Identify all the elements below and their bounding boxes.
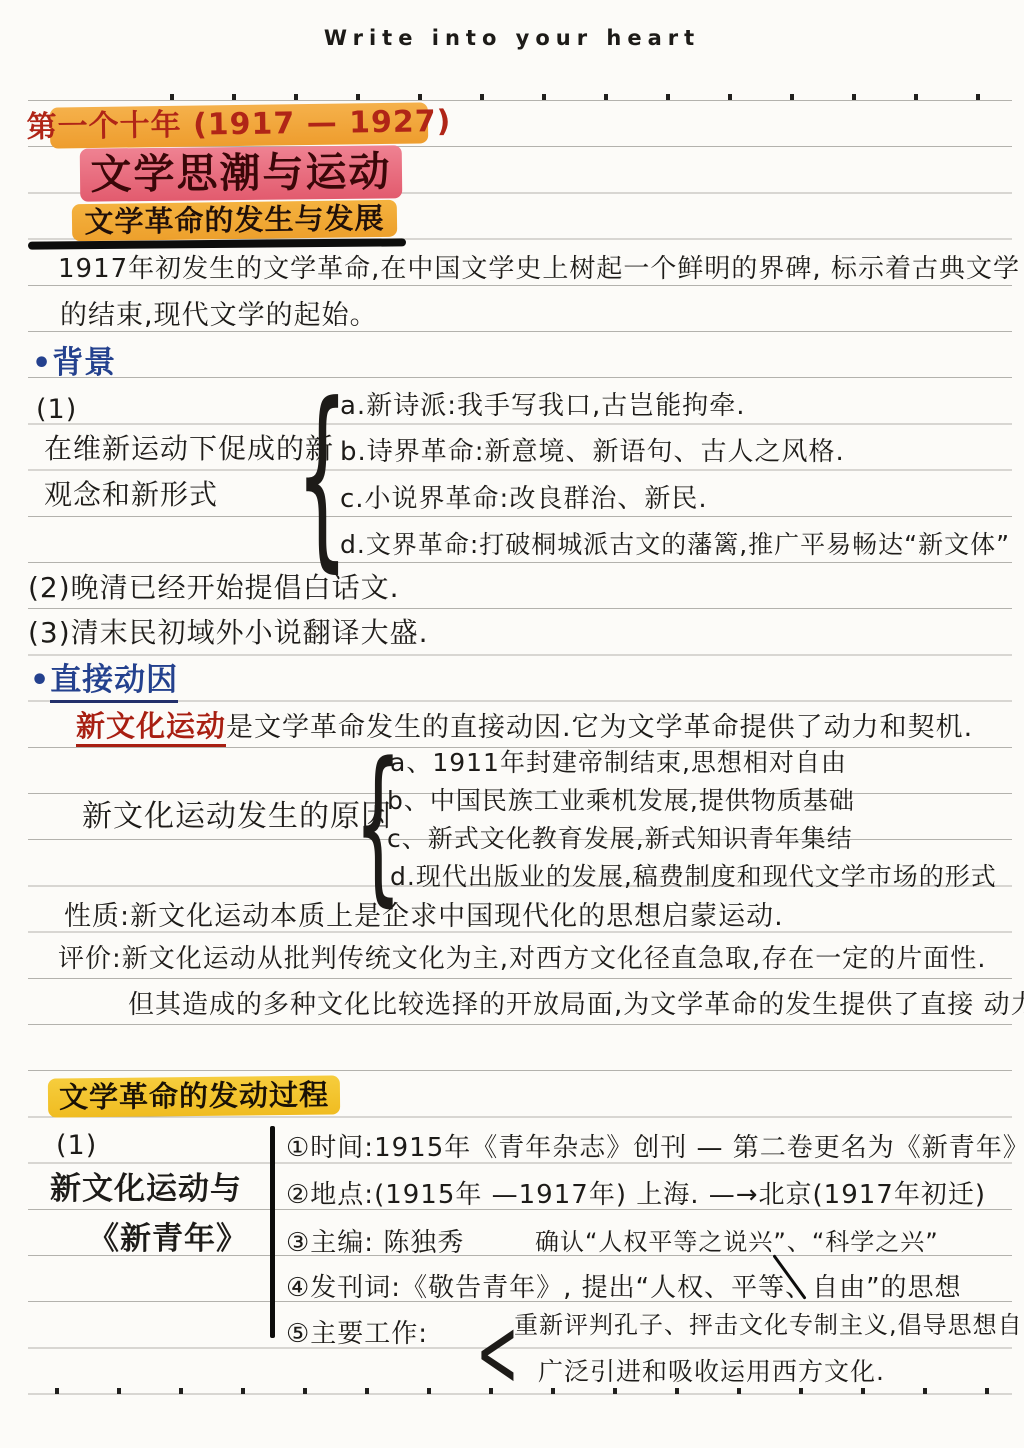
watermark-text: Write into your heart — [324, 26, 700, 50]
reason-item: b、中国民族工业乘机发展,提供物质基础 — [387, 787, 855, 816]
process-point3-note: 确认“人权平等之说兴”、“科学之兴” — [535, 1229, 939, 1257]
process-point: ②地点:(1915年 —1917年) 上海. —→北京(1917年初迁) — [286, 1181, 986, 1211]
process-item1-title: 《新青年》 — [88, 1222, 248, 1258]
bullet-dot-icon: • — [30, 663, 50, 698]
background-heading-row: •背景 — [32, 346, 116, 382]
background-branch-item: b.诗界革命:新意境、新语句、古人之风格. — [340, 438, 845, 468]
process-item1-number: (1) — [56, 1130, 97, 1161]
reason-item: c、新式文化教育发展,新式知识青年集结 — [387, 825, 853, 854]
angle-brace-icon: < — [476, 1306, 519, 1402]
reason-item: a、1911年封建帝制结束,思想相对自由 — [390, 749, 847, 778]
direct-cause-heading-row: •直接动因 — [30, 663, 178, 699]
process-item1-title: 新文化运动与 — [50, 1172, 242, 1208]
process-point5-sub: 广泛引进和吸收运用西方文化. — [538, 1358, 885, 1387]
watermark-header: Write into your heart — [0, 26, 1024, 50]
intro-line: 的结束,现代文学的起始。 — [60, 300, 378, 331]
evaluation-line: 但其造成的多种文化比较选择的开放局面,为文学革命的发生提供了直接 动力 — [128, 991, 1024, 1021]
intro-line: 1917年初发生的文学革命,在中国文学史上树起一个鲜明的界碑, 标示着古典文学 — [58, 255, 1020, 285]
vertical-divider — [270, 1126, 275, 1338]
decade-title-highlight: 第一个十年 (1917 — 1927) — [50, 102, 429, 148]
background-item1-number: (1) — [36, 394, 77, 425]
process-point: ④发刊词:《敬告青年》, 提出“人权、平等、自由”的思想 — [286, 1274, 962, 1304]
background-item2: (2)晚清已经开始提倡白话文. — [28, 572, 400, 604]
notebook-page: Write into your heart 第一个十年 (1917 — 1927… — [0, 0, 1024, 1448]
nature-line: 性质:新文化运动本质上是企求中国现代化的思想启蒙运动. — [64, 901, 784, 932]
process-point: ①时间:1915年《青年杂志》创刊 — 第二卷更名为《新青年》 — [286, 1134, 1024, 1164]
evaluation-line: 评价:新文化运动从批判传统文化为主,对西方文化径直急取,存在一定的片面性. — [58, 945, 987, 975]
direct-cause-lead-rest: 是文学革命发生的直接动因.它为文学革命提供了动力和契机. — [226, 712, 973, 743]
background-item1-text: 观念和新形式 — [44, 479, 218, 511]
background-item1-text: 在维新运动下促成的新 — [44, 433, 334, 465]
background-item3: (3)清末民初域外小说翻译大盛. — [28, 617, 429, 649]
bullet-dot-icon: • — [32, 346, 52, 381]
process-point5-sub: 重新评判孔子、抨击文化专制主义,倡导思想自由 — [514, 1312, 1024, 1340]
process-point: ③主编: 陈独秀 — [286, 1229, 464, 1259]
main-title: 文学思潮与运动 — [90, 148, 391, 198]
background-branch-item: c.小说界革命:改良群治、新民. — [340, 485, 708, 515]
direct-cause-keyword: 新文化运动 — [76, 709, 226, 747]
background-heading: 背景 — [52, 345, 116, 381]
process-heading: 文学革命的发动过程 — [59, 1078, 329, 1114]
direct-cause-heading: 直接动因 — [50, 662, 178, 703]
reasons-label: 新文化运动发生的原因 — [82, 800, 392, 835]
decade-title: 第一个十年 (1917 — 1927) — [26, 105, 451, 145]
direct-cause-lead-sentence: 新文化运动是文学革命发生的直接动因.它为文学革命提供了动力和契机. — [76, 710, 973, 743]
sub-title: 文学革命的发生与发展 — [84, 202, 384, 240]
sub-title-highlight: 文学革命的发生与发展 — [72, 200, 397, 242]
top-tick-ruler — [170, 94, 1010, 100]
background-branch-item: d.文界革命:打破桐城派古文的藩篱,推广平易畅达“新文体” — [340, 531, 1010, 560]
process-heading-highlight: 文学革命的发动过程 — [48, 1075, 340, 1117]
bottom-tick-ruler — [55, 1388, 1005, 1394]
main-title-highlight: 文学思潮与运动 — [80, 145, 403, 201]
background-branch-item: a.新诗派:我手写我口,古岂能拘牵. — [340, 392, 746, 422]
process-point: ⑤主要工作: — [286, 1320, 428, 1350]
reason-item: d.现代出版业的发展,稿费制度和现代文学市场的形式 — [390, 863, 997, 892]
